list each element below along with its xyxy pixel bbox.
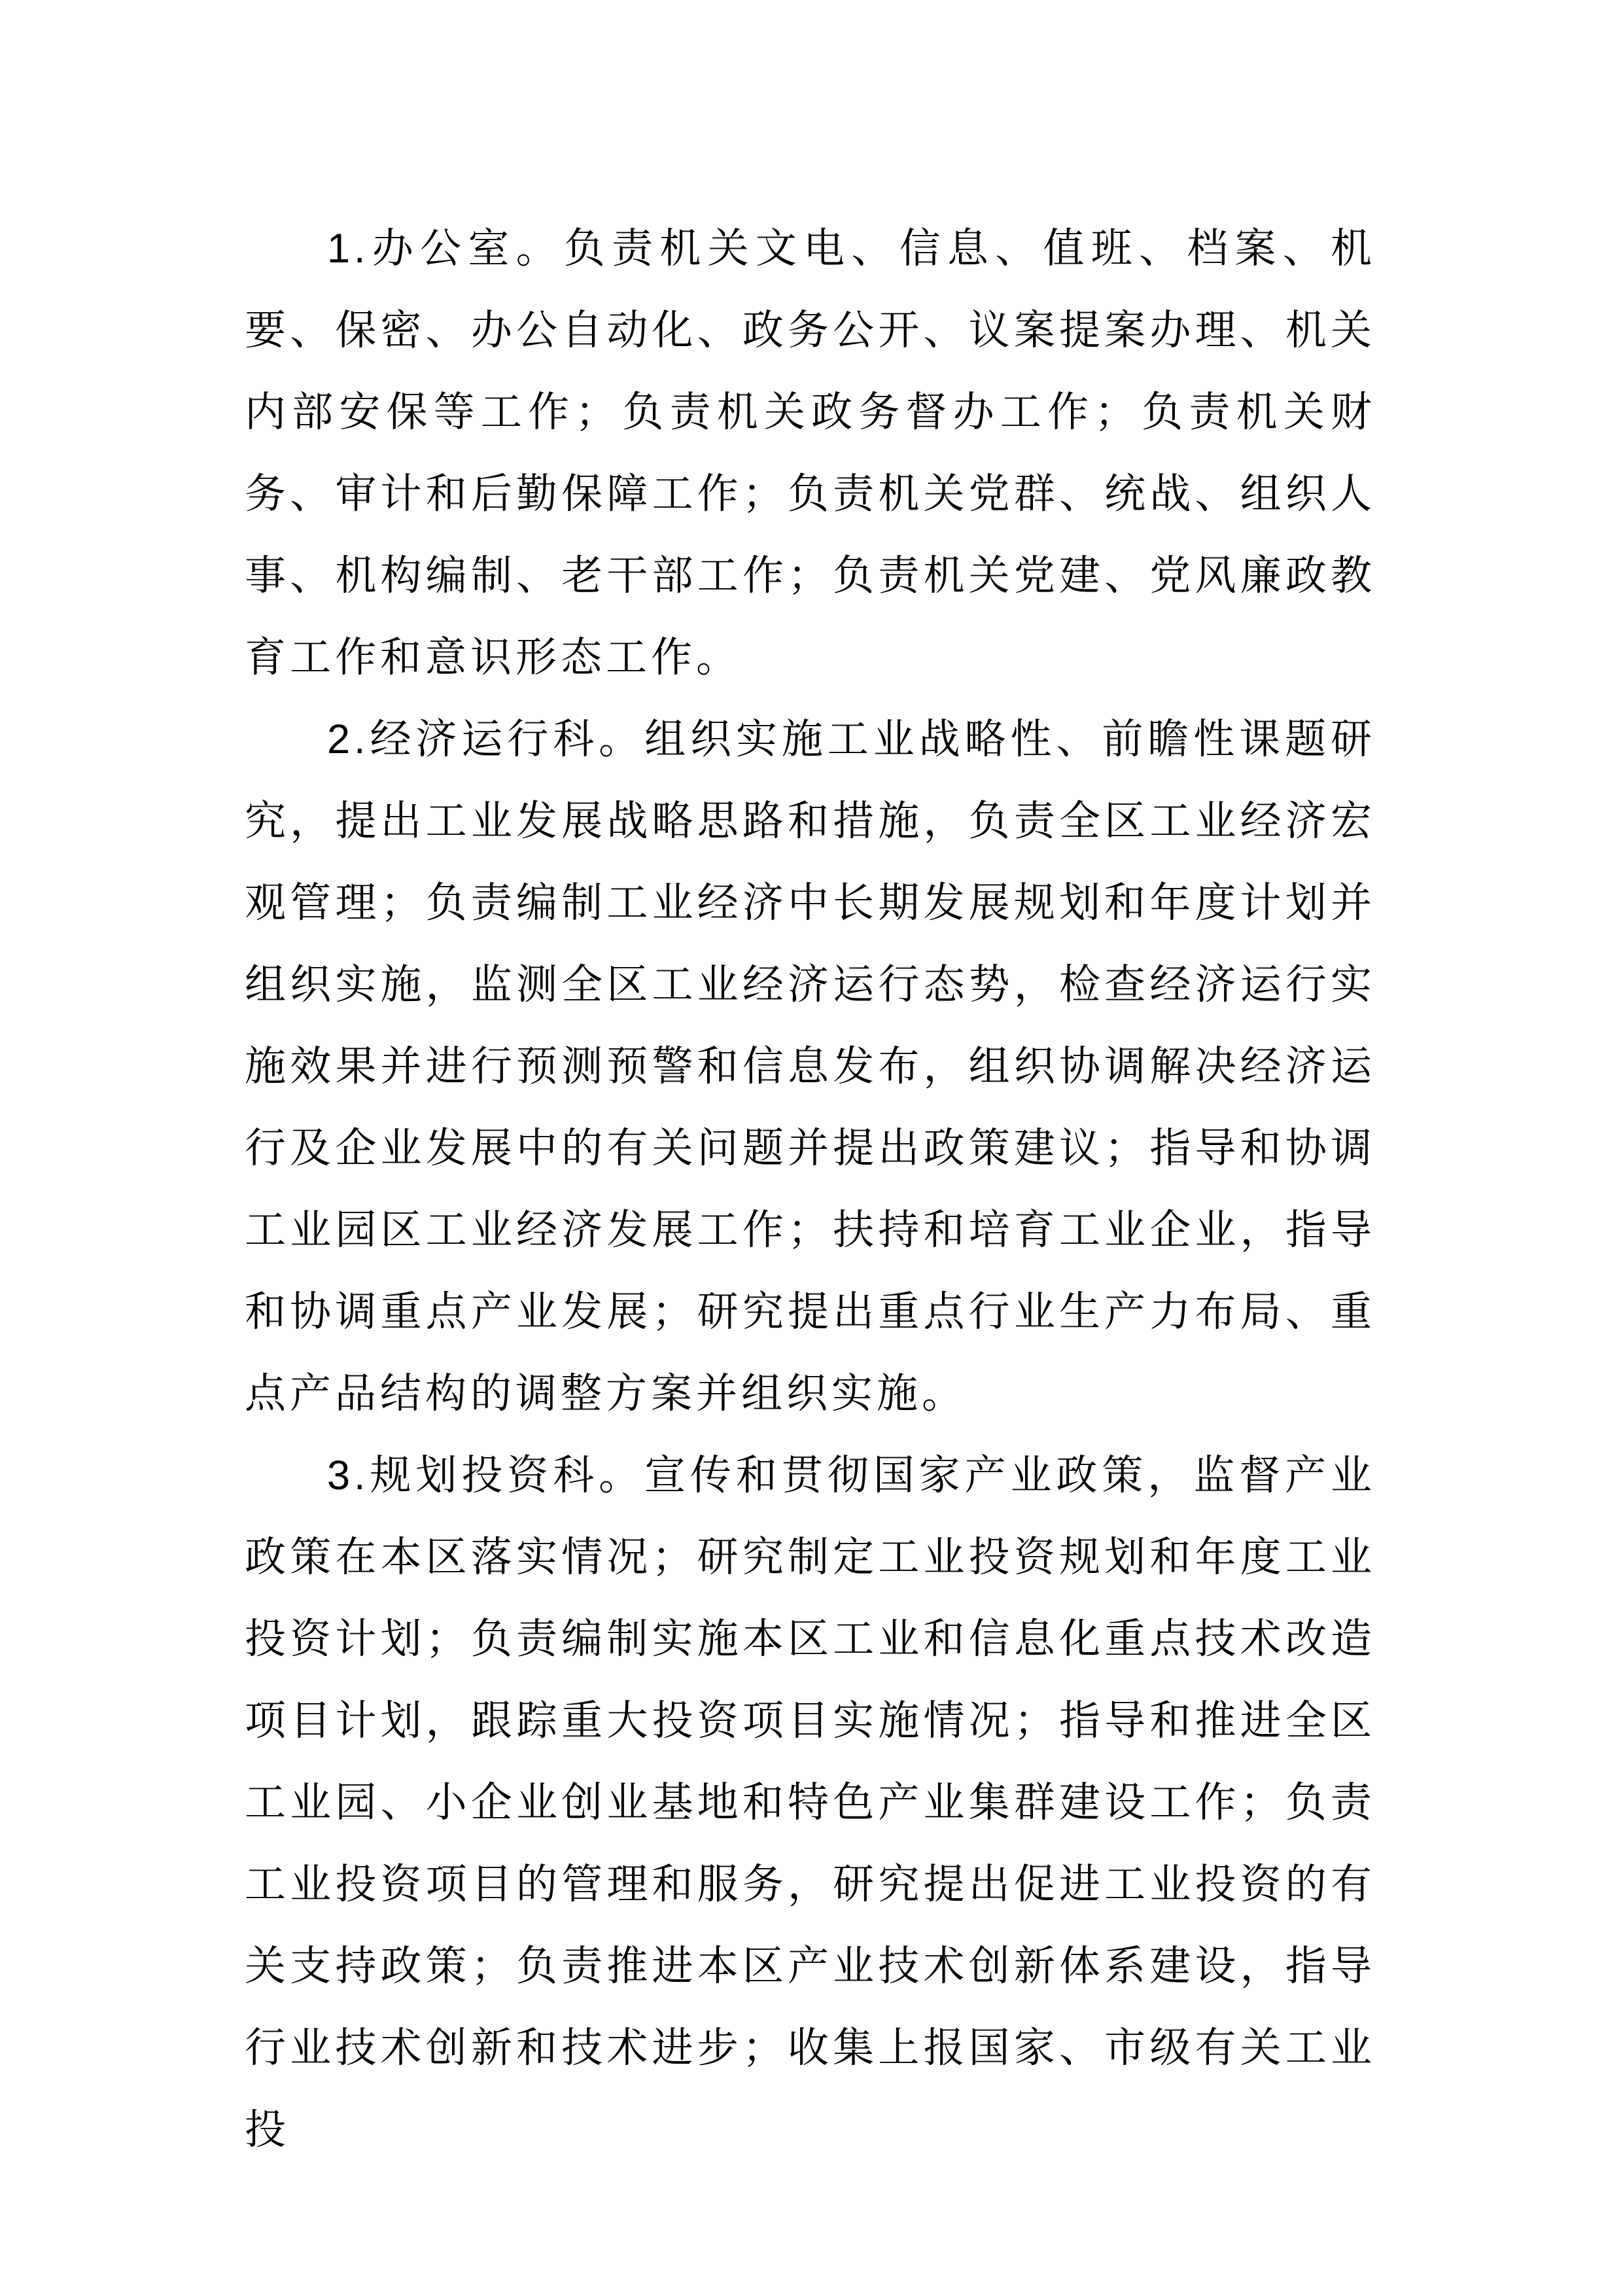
document-page: 1.办公室。负责机关文电、信息、值班、档案、机要、保密、办公自动化、政务公开、议… [0, 0, 1623, 2296]
document-text-block: 1.办公室。负责机关文电、信息、值班、档案、机要、保密、办公自动化、政务公开、议… [245, 208, 1376, 2171]
paragraph-economic-operation-section-duties: 2.经济运行科。组织实施工业战略性、前瞻性课题研究，提出工业发展战略思路和措施，… [245, 699, 1376, 1435]
paragraph-planning-investment-section-duties: 3.规划投资科。宣传和贯彻国家产业政策，监督产业政策在本区落实情况；研究制定工业… [245, 1435, 1376, 2171]
paragraph-office-duties: 1.办公室。负责机关文电、信息、值班、档案、机要、保密、办公自动化、政务公开、议… [245, 208, 1376, 699]
